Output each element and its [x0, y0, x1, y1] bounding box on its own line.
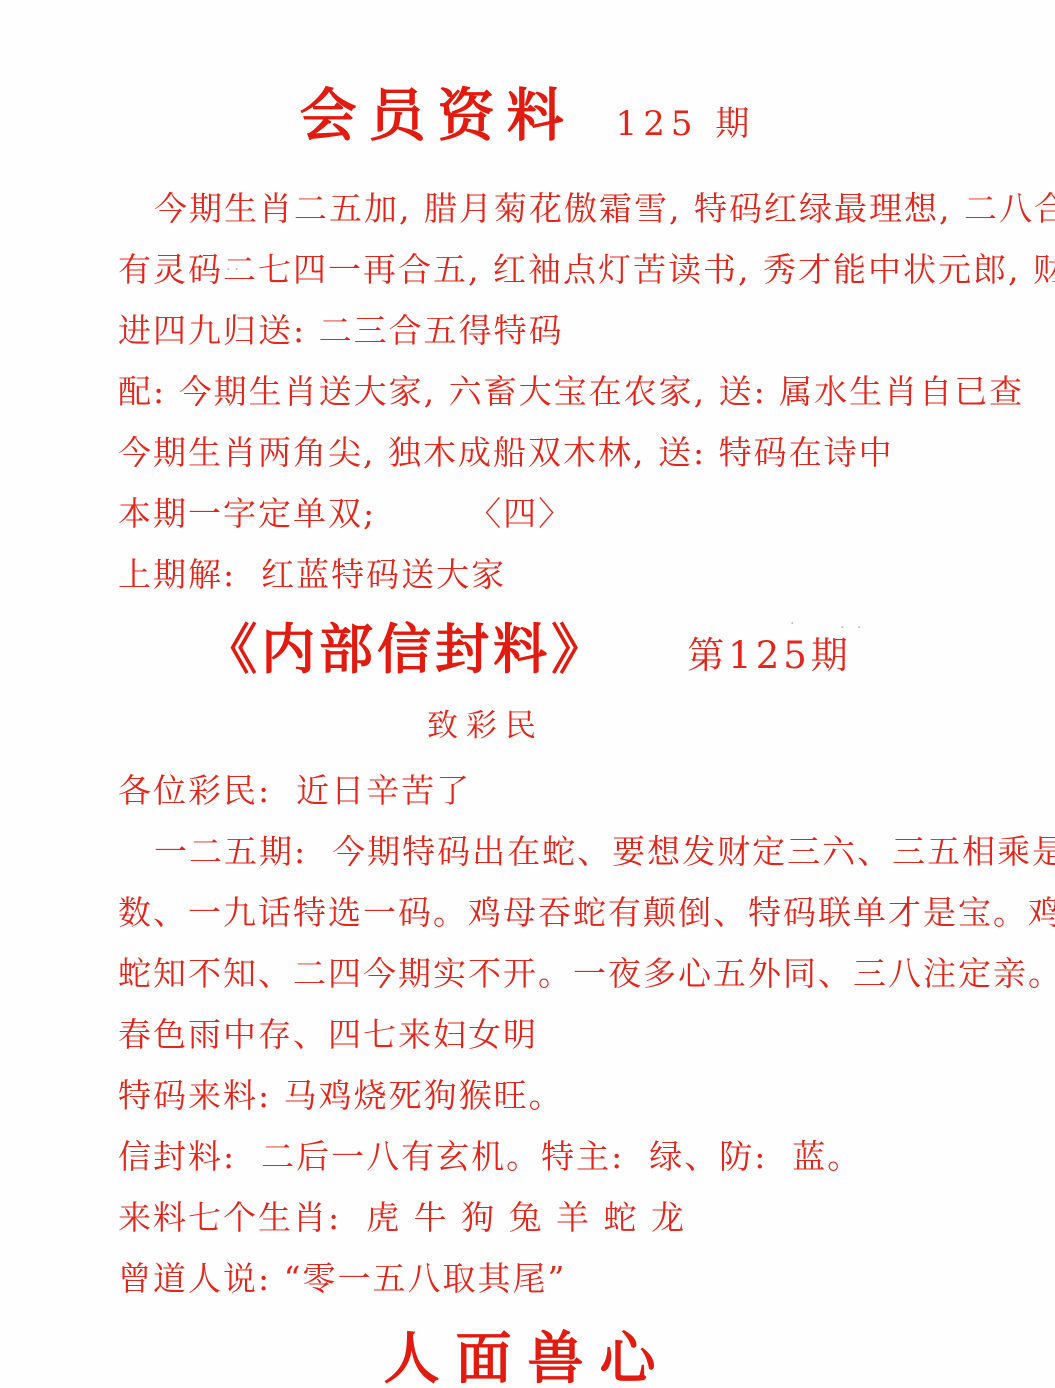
page-title: 会员资料: [300, 70, 576, 152]
single-double-answer: 〈四〉: [468, 494, 573, 533]
salutation: 致彩民: [0, 706, 1055, 746]
member-line: 今期生肖两角尖, 独木成船双木林, 送: 特码在诗中: [118, 422, 995, 483]
envelope-tip-line: 信封料: 二后一八有玄机。特主: 绿、防: 蓝。: [118, 1126, 995, 1187]
quote-line: 曾道人说: “零一五八取其尾”: [118, 1248, 995, 1309]
letter-body-section: 各位彩民: 近日辛苦了 一二五期: 今期特码出在蛇、要想发财定三六、三五相乘是何…: [118, 760, 995, 1309]
member-line: 有灵码二七四一再合五, 红袖点灯苦读书, 秀才能中状元郎, 财源广: [118, 239, 995, 300]
scanned-document-page: 会员资料 125 期 今期生肖二五加, 腊月菊花傲霜雪, 特码红绿最理想, 二八…: [0, 0, 1055, 1388]
member-line: 上期解: 红蓝特码送大家: [118, 544, 995, 605]
member-info-section: 今期生肖二五加, 腊月菊花傲霜雪, 特码红绿最理想, 二八合七 有灵码二七四一再…: [118, 178, 995, 605]
scan-artifact: .: [790, 612, 798, 628]
issue-number: 125 期: [616, 96, 756, 145]
member-line-single-double: 本期一字定单双;〈四〉: [118, 483, 995, 544]
letter-line: 蛇知不知、二四今期实不开。一夜多心五外同、三八注定亲。龙游: [118, 943, 995, 1004]
member-line: 今期生肖二五加, 腊月菊花傲霜雪, 特码红绿最理想, 二八合七: [118, 178, 995, 239]
greeting-line: 各位彩民: 近日辛苦了: [118, 760, 995, 821]
letter-line: 一二五期: 今期特码出在蛇、要想发财定三六、三五相乘是何: [118, 821, 995, 882]
single-double-label: 本期一字定单双;: [118, 494, 376, 533]
document-header: 会员资料 125 期: [0, 0, 1055, 152]
member-line: 进四九归送: 二三合五得特码: [118, 300, 995, 361]
footer-idiom: 人面兽心: [0, 1315, 1055, 1388]
letter-line: 数、一九话特选一码。鸡母吞蛇有颠倒、特码联单才是宝。鸡母吞: [118, 882, 995, 943]
zodiac-tip-line: 来料七个生肖: 虎 牛 狗 兔 羊 蛇 龙: [118, 1187, 995, 1248]
special-code-line: 特码来料: 马鸡烧死狗猴旺。: [118, 1065, 995, 1126]
envelope-header: 《内部信封料》 第125期: [0, 607, 1055, 684]
letter-line: 春色雨中存、四七来妇女明: [118, 1004, 995, 1065]
member-line: 配: 今期生肖送大家, 六畜大宝在农家, 送: 属水生肖自已查: [118, 361, 995, 422]
envelope-title: 《内部信封料》: [203, 607, 609, 684]
envelope-issue-number: 第125期: [687, 625, 852, 679]
scan-artifact: ..: [226, 258, 243, 274]
scan-artifact: . .: [840, 616, 865, 632]
